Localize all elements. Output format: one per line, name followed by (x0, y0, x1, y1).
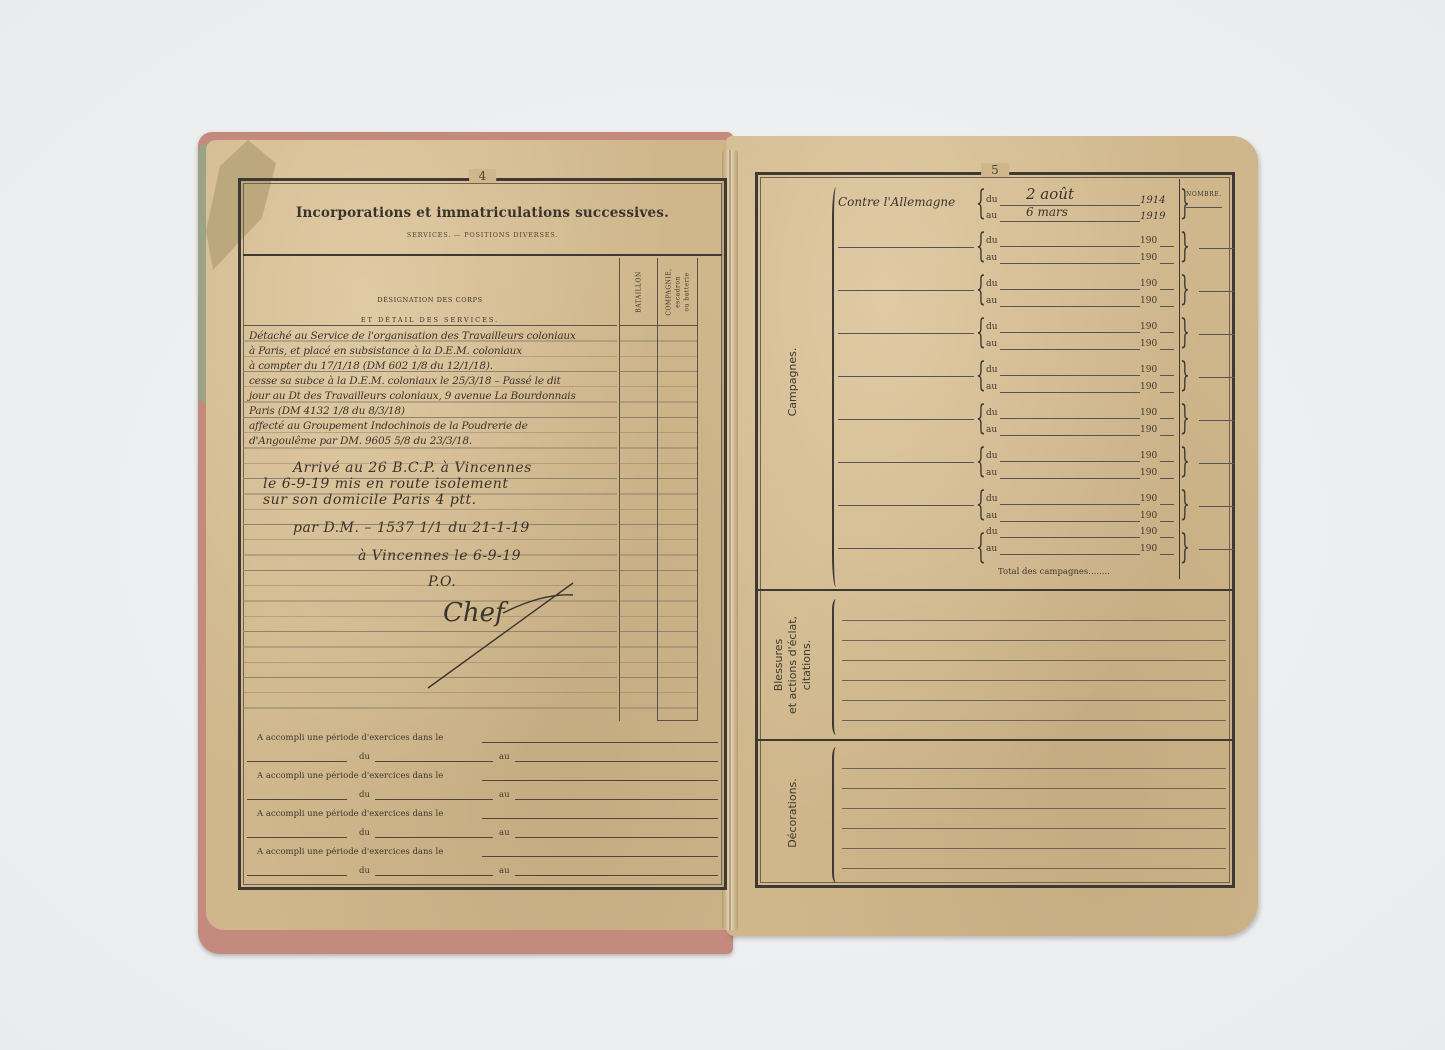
campaign-name-line (838, 290, 974, 291)
year-line (1160, 537, 1174, 538)
date-line (1000, 478, 1140, 479)
blessures-ruled-lines[interactable] (842, 601, 1226, 737)
au-label: au (499, 790, 510, 800)
campaign-name-line (838, 247, 974, 248)
date-line (1000, 461, 1140, 462)
du-label: du (359, 866, 370, 876)
year: 190 (1140, 296, 1157, 306)
year: 190 (1140, 365, 1157, 375)
page-subtitle: SERVICES. — POSITIONS DIVERSES. (241, 231, 724, 239)
year-line (1160, 478, 1174, 479)
au-label: au (986, 382, 997, 392)
year-line (1160, 461, 1174, 462)
handwritten-line: jour au Dt des Travailleurs coloniaux, 9… (249, 390, 576, 402)
header-compagnie-label: COMPAGNIE, escadron ou batterie (664, 268, 691, 315)
year-line (1160, 263, 1174, 264)
campaign-row[interactable]: { du190 au190 } (838, 355, 1228, 398)
right-page-frame: 5 Campagnes. NOMBRE. Contre l'Allemagne … (755, 172, 1235, 888)
blessures-line1: Blessures (772, 639, 785, 692)
year: 190 (1140, 511, 1157, 521)
date-from: du190 (986, 494, 1176, 508)
date-from: du190 (986, 527, 1176, 541)
date-to: au190 (986, 253, 1176, 267)
blessures-line2: et actions d'éclat, (786, 616, 799, 714)
date-line (1000, 349, 1140, 350)
year-line (1160, 521, 1174, 522)
au-label: au (986, 211, 997, 221)
column-compagnie: COMPAGNIE, escadron ou batterie (657, 258, 698, 721)
handwritten-line: à Paris, et placé en subsistance à la D.… (249, 345, 522, 357)
brace-left: { (976, 229, 986, 263)
date-line (1000, 221, 1140, 222)
signature-flourish (423, 573, 583, 693)
brace-right: } (1180, 444, 1190, 478)
date-to: au 6 mars 1919 (986, 211, 1176, 225)
year-line (1160, 289, 1174, 290)
exercise-row: A accompli une période d'exercices dans … (247, 805, 718, 824)
handwritten-date: 6 mars (1026, 205, 1068, 219)
year: 190 (1140, 544, 1157, 554)
date-from: du190 (986, 365, 1176, 379)
date-line (1000, 332, 1140, 333)
blank-field (247, 761, 347, 762)
date-line (1000, 289, 1140, 290)
handwritten-line: Arrivé au 26 B.C.P. à Vincennes (293, 460, 532, 476)
blank-field (247, 837, 347, 838)
header-bataillon-label: BATAILLON (634, 271, 643, 312)
du-label: du (986, 236, 998, 246)
date-from: du190 (986, 322, 1176, 336)
ruled-lines (620, 326, 657, 721)
brace-left: { (976, 358, 986, 392)
campaign-row[interactable]: { du190 au190 } (838, 398, 1228, 441)
section-campagnes-label: Campagnes. (758, 175, 828, 589)
year-line (1160, 392, 1174, 393)
brace-right: } (1180, 358, 1190, 392)
page-number-left: 4 (469, 169, 497, 183)
brace-left: { (976, 530, 986, 564)
exercise-row: A accompli une période d'exercices dans … (247, 767, 718, 786)
date-from: du190 (986, 408, 1176, 422)
nombre-line (1199, 248, 1235, 249)
brace-right: } (1180, 272, 1190, 306)
section-brace (832, 747, 840, 883)
section-brace (832, 599, 840, 735)
campaign-name-line (838, 505, 974, 506)
handwritten-line: affecté au Groupement Indochinois de la … (249, 420, 528, 432)
au-label: au (986, 544, 997, 554)
exercise-dates-row: du au (247, 824, 718, 843)
handwritten-date: 2 août (1026, 185, 1074, 203)
year: 190 (1140, 339, 1157, 349)
brace-left: { (976, 444, 986, 478)
au-label: au (986, 511, 997, 521)
campaign-name-line (838, 376, 974, 377)
year: 190 (1140, 236, 1157, 246)
date-from: du 2 août 1914 (986, 195, 1176, 209)
campaign-name-line (838, 419, 974, 420)
campaign-row[interactable]: { du190 au190 } (838, 484, 1228, 527)
year-line (1160, 332, 1174, 333)
date-to: au190 (986, 425, 1176, 439)
date-line (1000, 246, 1140, 247)
brace-right: } (1180, 530, 1190, 564)
date-to: au190 (986, 339, 1176, 353)
au-label: au (499, 828, 510, 838)
campaign-row[interactable]: { du190 au190 } (838, 269, 1228, 312)
header-compagnie: COMPAGNIE, escadron ou batterie (658, 258, 697, 326)
date-line (1000, 435, 1140, 436)
year: 1914 (1140, 195, 1165, 206)
brace-left: { (976, 401, 986, 435)
date-line (1000, 537, 1140, 538)
handwritten-line: d'Angoulême par DM. 9605 5/8 du 23/3/18. (249, 435, 472, 447)
header-compagnie-line1: COMPAGNIE, (665, 268, 672, 315)
services-table: DÉSIGNATION DES CORPS ET DÉTAIL DES SERV… (243, 258, 722, 721)
exercise-row: A accompli une période d'exercices dans … (247, 729, 718, 748)
exercise-label: A accompli une période d'exercices dans … (257, 733, 443, 743)
du-label: du (359, 752, 370, 762)
brace-left: { (976, 315, 986, 349)
du-label: du (359, 790, 370, 800)
handwritten-line: Détaché au Service de l'organisation des… (249, 330, 576, 342)
blank-field (375, 799, 493, 800)
du-label: du (986, 494, 998, 504)
campaign-row[interactable]: { du190 au190 } (838, 527, 1228, 570)
blank-field (375, 761, 493, 762)
date-line (1000, 392, 1140, 393)
brace-right: } (1180, 315, 1190, 349)
nombre-line (1199, 334, 1235, 335)
date-to: au190 (986, 296, 1176, 310)
year: 190 (1140, 451, 1157, 461)
date-from: du190 (986, 236, 1176, 250)
header-compagnie-line2: escadron (674, 276, 681, 308)
du-label: du (986, 527, 998, 537)
au-label: au (986, 425, 997, 435)
du-label: du (986, 408, 998, 418)
blank-field (515, 875, 718, 876)
year: 190 (1140, 527, 1157, 537)
year: 190 (1140, 468, 1157, 478)
year: 1919 (1140, 211, 1165, 222)
handwritten-line: par D.M. – 1537 1/1 du 21-1-19 (293, 520, 530, 536)
campaign-row[interactable]: Contre l'Allemagne { du 2 août 1914 au 6… (838, 183, 1228, 226)
exercise-label: A accompli une période d'exercices dans … (257, 809, 443, 819)
date-line (1000, 521, 1140, 522)
section-divider (758, 739, 1232, 741)
year-line (1160, 246, 1174, 247)
page-number-right: 5 (981, 163, 1009, 177)
date-to: au190 (986, 544, 1176, 558)
blessures-line3: citations. (800, 640, 813, 690)
title-divider (243, 254, 722, 256)
year-line (1160, 418, 1174, 419)
blank-field (247, 799, 347, 800)
year-line (1160, 504, 1174, 505)
handwritten-line: Paris (DM 4132 1/8 du 8/3/18) (249, 405, 405, 417)
au-label: au (986, 468, 997, 478)
section-divider (758, 589, 1232, 591)
exercise-label: A accompli une période d'exercices dans … (257, 771, 443, 781)
year-line (1160, 435, 1174, 436)
column-designation: DÉSIGNATION DES CORPS ET DÉTAIL DES SERV… (243, 258, 617, 721)
brace-left: { (976, 186, 986, 220)
handwritten-line: cesse sa subce à la D.E.M. coloniaux le … (249, 375, 561, 387)
brace-right: } (1180, 487, 1190, 521)
brace-right: } (1180, 401, 1190, 435)
handwritten-line: le 6-9-19 mis en route isolement (263, 476, 508, 492)
exercise-dates-row: du au (247, 748, 718, 767)
exercise-dates-row: du au (247, 862, 718, 881)
year: 190 (1140, 253, 1157, 263)
blank-field (515, 761, 718, 762)
campaign-row[interactable]: { du190 au190 } (838, 226, 1228, 269)
page-title: Incorporations et immatriculations succe… (241, 205, 724, 221)
date-from: du190 (986, 451, 1176, 465)
brace-right: } (1180, 186, 1190, 220)
header-line-1: DÉSIGNATION DES CORPS (243, 290, 617, 310)
total-campaigns-label: Total des campagnes........ (998, 567, 1110, 577)
campagnes-label: Campagnes. (786, 348, 800, 417)
year: 190 (1140, 322, 1157, 332)
date-line (1000, 306, 1140, 307)
exercise-periods: A accompli une période d'exercices dans … (247, 729, 718, 881)
blank-field (482, 856, 718, 857)
year-line (1160, 375, 1174, 376)
year: 190 (1140, 425, 1157, 435)
handwritten-line: à Vincennes le 6-9-19 (358, 548, 521, 564)
handwritten-line: à compter du 17/1/18 (DM 602 1/8 du 12/1… (249, 360, 493, 372)
blank-field (515, 799, 718, 800)
section-blessures-label: Blessures et actions d'éclat, citations. (758, 591, 828, 739)
campaign-name-line (838, 462, 974, 463)
du-label: du (986, 279, 998, 289)
brace-right: } (1180, 229, 1190, 263)
blank-field (247, 875, 347, 876)
brace-left: { (976, 272, 986, 306)
exercise-dates-row: du au (247, 786, 718, 805)
section-decorations-label: Décorations. (758, 741, 828, 885)
au-label: au (986, 253, 997, 263)
year: 190 (1140, 408, 1157, 418)
nombre-line (1199, 506, 1235, 507)
date-line (1000, 418, 1140, 419)
au-label: au (499, 866, 510, 876)
year: 190 (1140, 494, 1157, 504)
header-compagnie-line3: ou batterie (683, 272, 690, 311)
date-from: du190 (986, 279, 1176, 293)
date-to: au190 (986, 468, 1176, 482)
year-line (1160, 306, 1174, 307)
du-label: du (359, 828, 370, 838)
exercise-row: A accompli une période d'exercices dans … (247, 843, 718, 862)
year-line (1160, 349, 1174, 350)
year: 190 (1140, 279, 1157, 289)
date-line (1000, 205, 1140, 206)
blank-field (375, 875, 493, 876)
du-label: du (986, 451, 998, 461)
column-bataillon: BATAILLON (619, 258, 657, 721)
left-page-frame: 4 Incorporations et immatriculations suc… (238, 178, 727, 890)
date-to: au190 (986, 511, 1176, 525)
campaign-row[interactable]: { du190 au190 } (838, 312, 1228, 355)
header-bataillon: BATAILLON (620, 258, 657, 326)
campaign-name-line (838, 333, 974, 334)
date-line (1000, 263, 1140, 264)
blank-field (482, 742, 718, 743)
header-designation: DÉSIGNATION DES CORPS ET DÉTAIL DES SERV… (243, 258, 617, 326)
du-label: du (986, 365, 998, 375)
blank-field (482, 818, 718, 819)
blank-field (515, 837, 718, 838)
brace-left: { (976, 487, 986, 521)
au-label: au (986, 296, 997, 306)
blessures-label: Blessures et actions d'éclat, citations. (772, 616, 814, 714)
nombre-line (1199, 420, 1235, 421)
nombre-line (1199, 549, 1235, 550)
handwritten-line: sur son domicile Paris 4 ptt. (263, 492, 477, 508)
exercise-label: A accompli une période d'exercices dans … (257, 847, 443, 857)
campaign-name-line (838, 548, 974, 549)
du-label: du (986, 195, 998, 205)
decorations-ruled-lines[interactable] (842, 749, 1226, 883)
nombre-line (1199, 291, 1235, 292)
year: 190 (1140, 382, 1157, 392)
date-line (1000, 504, 1140, 505)
campaign-row[interactable]: { du190 au190 } (838, 441, 1228, 484)
decorations-label: Décorations. (786, 778, 800, 848)
year-line (1160, 554, 1174, 555)
date-line (1000, 554, 1140, 555)
date-to: au190 (986, 382, 1176, 396)
au-label: au (499, 752, 510, 762)
du-label: du (986, 322, 998, 332)
blank-field (375, 837, 493, 838)
nombre-line (1199, 463, 1235, 464)
campaign-name: Contre l'Allemagne (838, 195, 955, 209)
nombre-line (1199, 377, 1235, 378)
au-label: au (986, 339, 997, 349)
ruled-lines (658, 326, 697, 720)
date-line (1000, 375, 1140, 376)
blank-field (482, 780, 718, 781)
